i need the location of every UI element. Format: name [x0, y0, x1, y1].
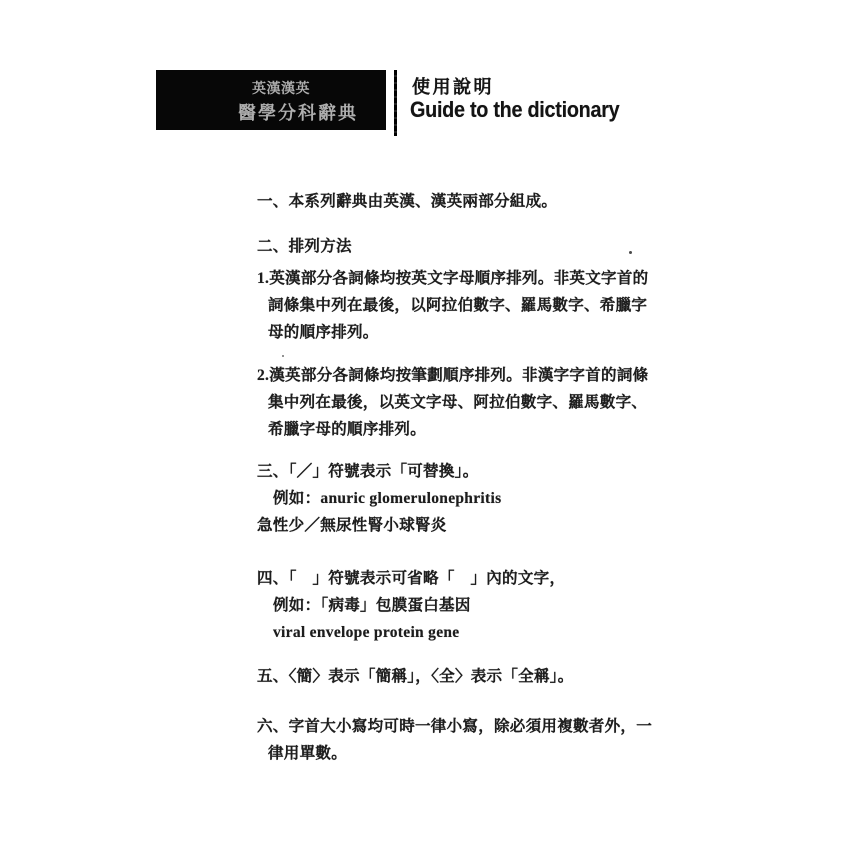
guide-item-6-line-2: 律用單數。	[257, 740, 667, 767]
guide-item-4-example-chinese: 例如：「病毒」包膜蛋白基因	[257, 592, 667, 619]
series-title-line2: 醫學分科辭典	[238, 99, 358, 125]
guide-item-2-sub-1-line-1: 1.英漢部分各詞條均按英文字母順序排列。非英文字首的	[257, 265, 667, 292]
guide-body: 一、本系列辭典由英漢、漢英兩部分組成。 二、排列方法 1.英漢部分各詞條均按英文…	[257, 188, 667, 767]
guide-item-5-line: 五、〈簡〉表示「簡稱」，〈全〉表示「全稱」。	[257, 663, 667, 690]
guide-item-2-sub-1: 1.英漢部分各詞條均按英文字母順序排列。非英文字首的 詞條集中列在最後，以阿拉伯…	[257, 265, 667, 346]
guide-item-1: 一、本系列辭典由英漢、漢英兩部分組成。	[257, 188, 667, 215]
guide-item-2-sub-2-line-2: 集中列在最後，以英文字母、阿拉伯數字、羅馬數字、	[257, 389, 667, 416]
guide-item-2-heading: 二、排列方法	[257, 233, 667, 260]
guide-item-2-sub-2-line-3: 希臘字母的順序排列。	[257, 416, 667, 443]
scanned-dictionary-guide-page: 英漢漢英 醫學分科辭典 使用說明 Guide to the dictionary…	[0, 0, 850, 850]
header-vertical-divider	[394, 70, 397, 136]
guide-item-5: 五、〈簡〉表示「簡稱」，〈全〉表示「全稱」。	[257, 663, 667, 690]
series-title-black-box: 英漢漢英 醫學分科辭典	[156, 70, 386, 130]
scan-speck	[282, 355, 284, 357]
guide-item-3-example-chinese: 急性少／無尿性腎小球腎炎	[257, 512, 667, 539]
guide-item-2-sub-1-line-3: 母的順序排列。	[257, 319, 667, 346]
guide-item-6-line-1: 六、字首大小寫均可時一律小寫，除必須用複數者外，一	[257, 713, 667, 740]
guide-item-1-line: 一、本系列辭典由英漢、漢英兩部分組成。	[257, 188, 667, 215]
guide-item-4-example-english: viral envelope protein gene	[257, 619, 667, 646]
guide-item-2-sub-2-line-1: 2.漢英部分各詞條均按筆劃順序排列。非漢字字首的詞條	[257, 362, 667, 389]
guide-item-2-heading-line: 二、排列方法	[257, 233, 667, 260]
guide-item-3-rule: 三、「／」符號表示「可替換」。	[257, 458, 667, 485]
series-title-line1: 英漢漢英	[252, 78, 310, 98]
guide-item-2-sub-2: 2.漢英部分各詞條均按筆劃順序排列。非漢字字首的詞條 集中列在最後，以英文字母、…	[257, 362, 667, 443]
guide-item-3-example-english: 例如：anuric glomerulonephritis	[257, 485, 667, 512]
guide-item-2-sub-1-line-2: 詞條集中列在最後，以阿拉伯數字、羅馬數字、希臘字	[257, 292, 667, 319]
guide-item-6: 六、字首大小寫均可時一律小寫，除必須用複數者外，一 律用單數。	[257, 713, 667, 767]
section-title-english: Guide to the dictionary	[410, 97, 619, 123]
guide-item-4-rule: 四、「 」符號表示可省略「 」內的文字，	[257, 565, 667, 592]
guide-item-3: 三、「／」符號表示「可替換」。 例如：anuric glomerulonephr…	[257, 458, 667, 539]
section-title-chinese: 使用說明	[412, 73, 494, 99]
guide-item-4: 四、「 」符號表示可省略「 」內的文字， 例如：「病毒」包膜蛋白基因 viral…	[257, 565, 667, 646]
scan-speck	[629, 251, 632, 254]
